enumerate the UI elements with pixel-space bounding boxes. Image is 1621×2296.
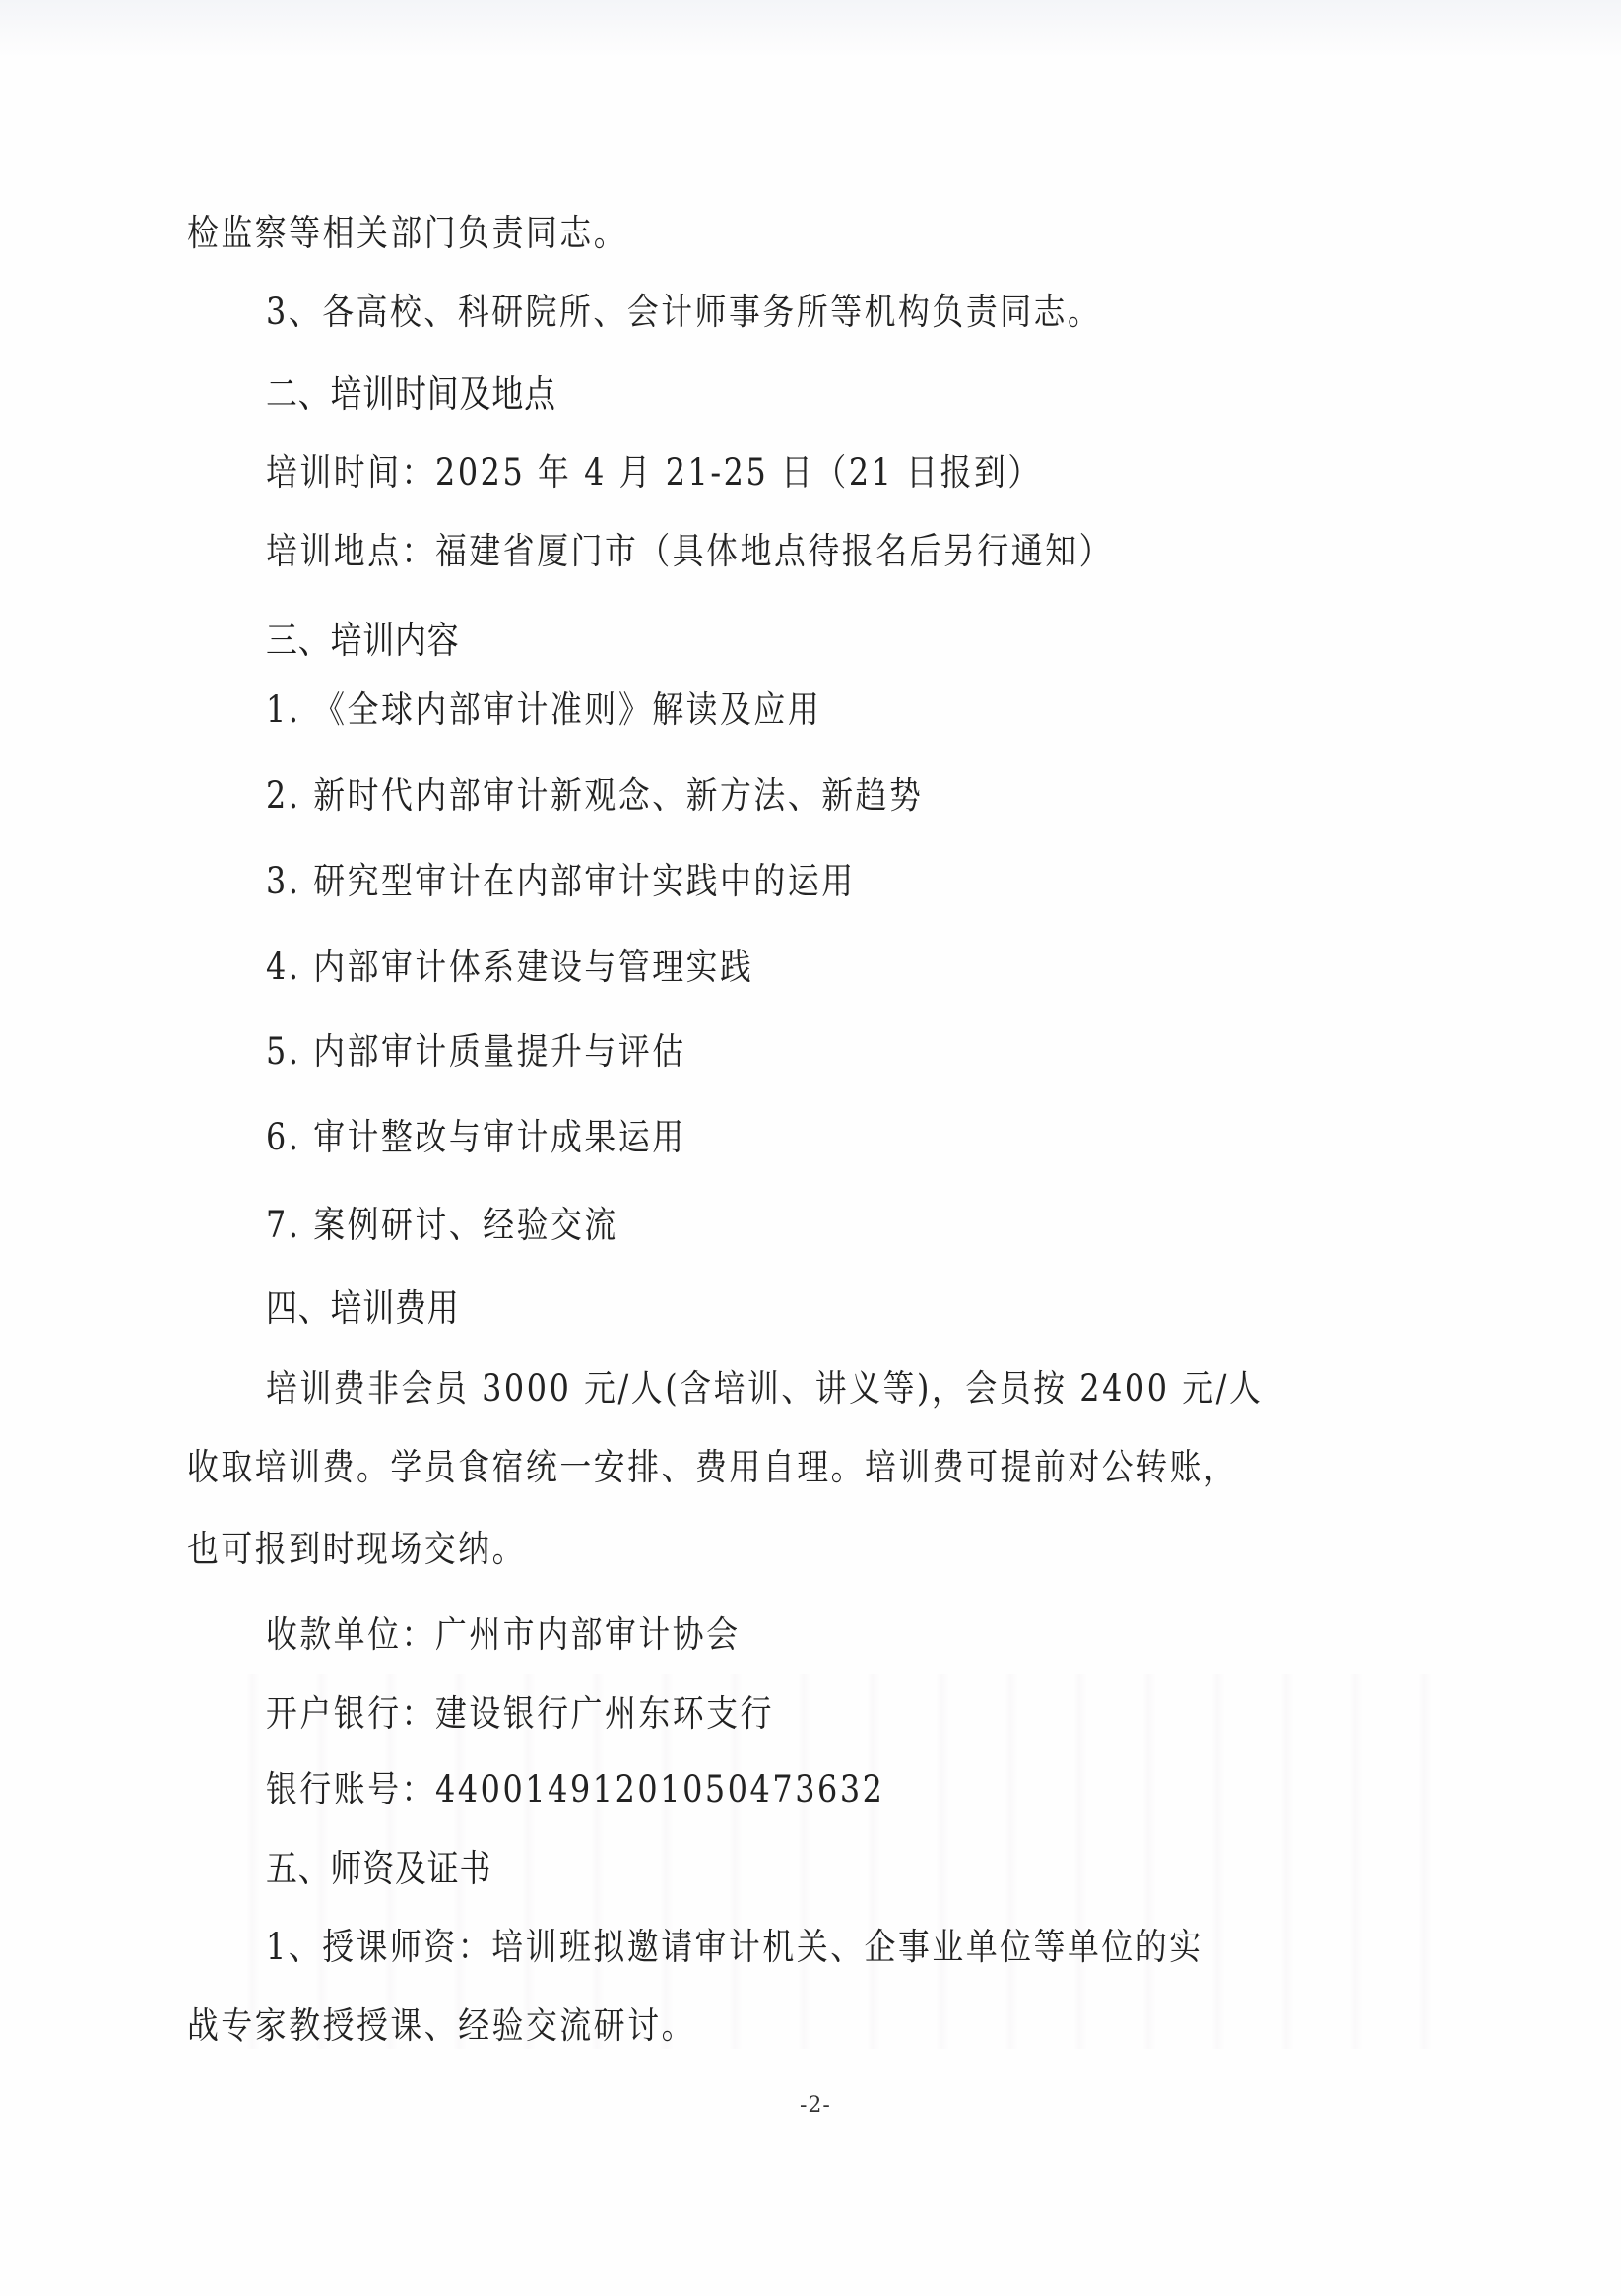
faculty-paragraph-line-1: 1、授课师资：培训班拟邀请审计机关、企事业单位等单位的实 — [266, 1924, 1203, 1971]
section-heading-content: 三、培训内容 — [266, 617, 460, 664]
paragraph-continuation: 检监察等相关部门负责同志。 — [187, 210, 627, 257]
training-location: 培训地点：福建省厦门市（具体地点待报名后另行通知） — [266, 528, 1113, 575]
faculty-paragraph-line-2: 战专家教授授课、经验交流研讨。 — [187, 2002, 695, 2050]
fee-paragraph-line-1: 培训费非会员 3000 元/人(含培训、讲义等)，会员按 2400 元/人 — [266, 1365, 1263, 1412]
content-item-4: 4. 内部审计体系建设与管理实践 — [266, 944, 753, 991]
section-heading-time-location: 二、培训时间及地点 — [266, 370, 556, 418]
section-heading-faculty: 五、师资及证书 — [266, 1845, 491, 1892]
payee: 收款单位：广州市内部审计协会 — [266, 1611, 741, 1659]
bank-account-number: 银行账号：44001491201050473632 — [266, 1766, 884, 1813]
participant-item-3: 3、各高校、科研院所、会计师事务所等机构负责同志。 — [266, 289, 1101, 336]
content-item-6: 6. 审计整改与审计成果运用 — [266, 1114, 686, 1161]
bank-name: 开户银行：建设银行广州东环支行 — [266, 1690, 774, 1738]
content-item-1: 1. 《全球内部审计准则》解读及应用 — [266, 687, 821, 734]
content-item-5: 5. 内部审计质量提升与评估 — [266, 1028, 686, 1076]
fee-paragraph-line-2: 收取培训费。学员食宿统一安排、费用自理。培训费可提前对公转账， — [187, 1444, 1237, 1491]
section-heading-fees: 四、培训费用 — [266, 1284, 460, 1332]
content-item-7: 7. 案例研讨、经验交流 — [266, 1202, 618, 1249]
content-item-3: 3. 研究型审计在内部审计实践中的运用 — [266, 858, 856, 905]
content-item-2: 2. 新时代内部审计新观念、新方法、新趋势 — [266, 772, 923, 820]
page-number: -2- — [800, 2093, 831, 2118]
scan-edge — [0, 0, 1621, 59]
training-time: 培训时间：2025 年 4 月 21-25 日（21 日报到） — [266, 449, 1042, 496]
fee-paragraph-line-3: 也可报到时现场交纳。 — [187, 1526, 526, 1573]
